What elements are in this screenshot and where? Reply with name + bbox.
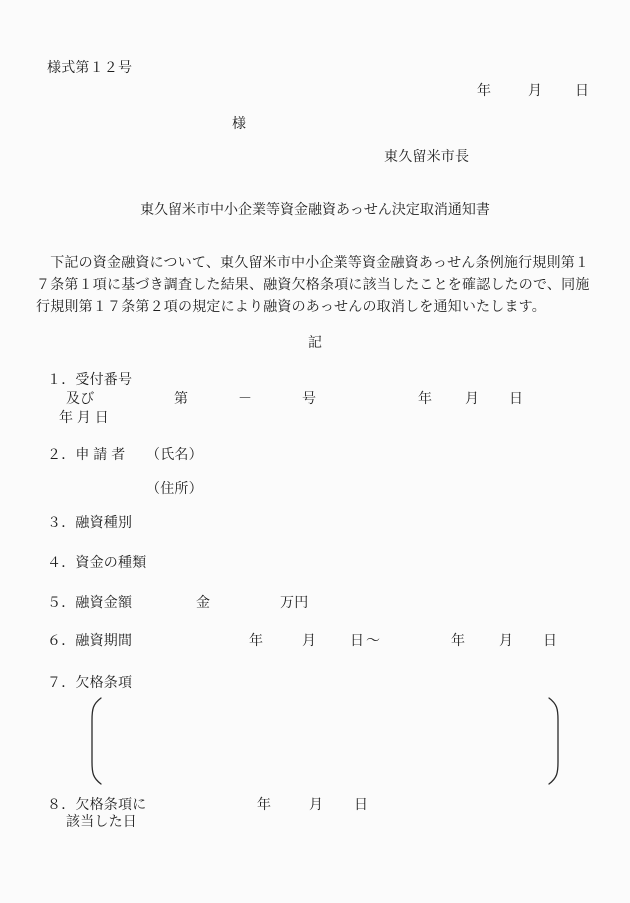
issue-date-month-label: 月 bbox=[528, 84, 542, 101]
document-title: 東久留米市中小企業等資金融資あっせん決定取消通知書 bbox=[0, 203, 630, 220]
item-8-year-label: 年 bbox=[257, 798, 271, 815]
item-5-amount-unit: 万円 bbox=[280, 596, 308, 613]
form-number-label: 様式第１２号 bbox=[47, 61, 132, 78]
issue-date-year-label: 年 bbox=[477, 84, 491, 101]
item-2-name-label: （氏名） bbox=[146, 448, 203, 465]
item-8-label: ８．欠格条項に bbox=[47, 798, 146, 815]
item-1-sub-label: 及び bbox=[66, 392, 94, 409]
receipt-number-prefix: 第 bbox=[174, 392, 188, 409]
record-heading: 記 bbox=[0, 336, 630, 353]
item-8-month-label: 月 bbox=[309, 798, 323, 815]
body-paragraph-line-3: 行規則第１７条第２項の規定により融資のあっせんの取消しを通知いたします。 bbox=[36, 300, 546, 317]
item-6-to-month-label: 月 bbox=[499, 634, 513, 651]
item-6-to-year-label: 年 bbox=[451, 634, 465, 651]
item-2-address-label: （住所） bbox=[146, 482, 203, 499]
item-6-from-year-label: 年 bbox=[249, 634, 263, 651]
item-3-label: ３．融資種別 bbox=[47, 516, 132, 533]
item-8-day-label: 日 bbox=[354, 798, 368, 815]
receipt-number-suffix: 号 bbox=[302, 392, 316, 409]
item-6-to-day-label: 日 bbox=[543, 634, 557, 651]
right-parenthesis-bracket bbox=[545, 696, 565, 786]
item-5-label: ５．融資金額 bbox=[47, 596, 132, 613]
receipt-number-dash: － bbox=[238, 392, 252, 409]
item-7-label: ７．欠格条項 bbox=[47, 676, 132, 693]
body-paragraph-line-2: ７条第１項に基づき調査した結果、融資欠格条項に該当したことを確認したので、同施 bbox=[36, 278, 590, 295]
item-6-from-day-label: 日 bbox=[350, 634, 364, 651]
sender-title: 東久留米市長 bbox=[384, 150, 469, 167]
item-1-label: １．受付番号 bbox=[47, 373, 132, 390]
item-1-month-label: 月 bbox=[465, 392, 479, 409]
issue-date-day-label: 日 bbox=[575, 84, 589, 101]
left-parenthesis-bracket bbox=[85, 696, 105, 786]
item-1-year-label: 年 bbox=[418, 392, 432, 409]
item-6-from-month-label: 月 bbox=[302, 634, 316, 651]
addressee-honorific: 様 bbox=[232, 117, 246, 134]
item-6-label: ６．融資期間 bbox=[47, 634, 132, 651]
item-2-label: ２．申 請 者 bbox=[47, 448, 125, 465]
item-1-day-label: 日 bbox=[509, 392, 523, 409]
item-6-range-tilde: ～ bbox=[366, 634, 380, 651]
body-paragraph-line-1: 下記の資金融資について、東久留米市中小企業等資金融資あっせん条例施行規則第１ bbox=[36, 256, 589, 273]
item-1-date-caption: 年 月 日 bbox=[59, 411, 109, 428]
item-8-label-line2: 該当した日 bbox=[66, 815, 137, 832]
item-4-label: ４．資金の種類 bbox=[47, 556, 146, 573]
item-5-amount-prefix: 金 bbox=[196, 596, 210, 613]
document-page: 様式第１２号 年 月 日 様 東久留米市長 東久留米市中小企業等資金融資あっせん… bbox=[0, 0, 630, 903]
